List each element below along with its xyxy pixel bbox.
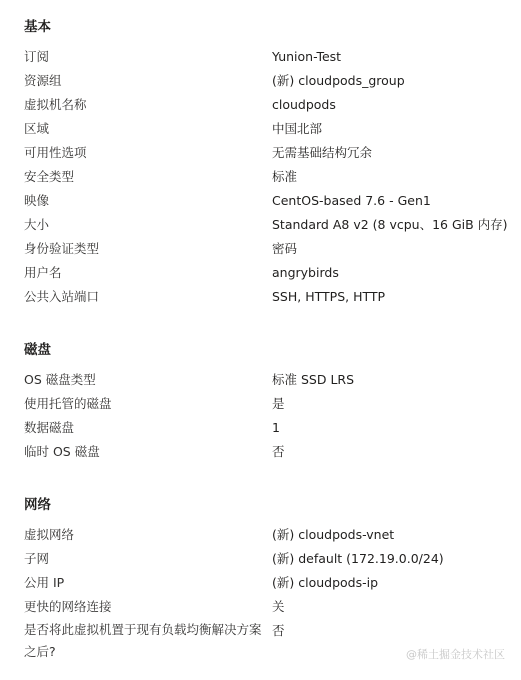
row-label: 用户名: [24, 261, 269, 285]
row-value: Yunion-Test: [272, 45, 512, 69]
row-value: angrybirds: [272, 261, 512, 285]
row-label: 子网: [24, 547, 269, 571]
row-value: 密码: [272, 237, 512, 261]
row-label: 大小: [24, 213, 269, 237]
row-label: 身份验证类型: [24, 237, 269, 261]
row-label: OS 磁盘类型: [24, 368, 269, 392]
row-label: 临时 OS 磁盘: [24, 440, 269, 464]
section-title-basics: 基本: [24, 18, 51, 36]
row-label: 公用 IP: [24, 571, 269, 595]
row-value: 中国北部: [272, 117, 512, 141]
row-label: 安全类型: [24, 165, 269, 189]
row-value: 关: [272, 595, 512, 619]
row-value: SSH, HTTPS, HTTP: [272, 285, 512, 309]
row-label: 使用托管的磁盘: [24, 392, 269, 416]
row-label: 映像: [24, 189, 269, 213]
row-value: (新) cloudpods-vnet: [272, 523, 512, 547]
row-value: (新) cloudpods-ip: [272, 571, 512, 595]
row-value: 1: [272, 416, 512, 440]
row-label: 资源组: [24, 69, 269, 93]
section-title-networking: 网络: [24, 496, 51, 514]
row-value: CentOS-based 7.6 - Gen1: [272, 189, 512, 213]
row-value: 是: [272, 392, 512, 416]
row-label: 公共入站端口: [24, 285, 269, 309]
row-label: 虚拟网络: [24, 523, 269, 547]
row-label: 虚拟机名称: [24, 93, 269, 117]
row-label: 更快的网络连接: [24, 595, 269, 619]
row-value: 标准: [272, 165, 512, 189]
row-label: 可用性选项: [24, 141, 269, 165]
row-value: 否: [272, 440, 512, 464]
row-value: 否: [272, 619, 512, 643]
row-value: (新) default (172.19.0.0/24): [272, 547, 512, 571]
watermark: @稀土掘金技术社区: [406, 646, 505, 662]
row-label: 订阅: [24, 45, 269, 69]
row-label: 是否将此虚拟机置于现有负载均衡解决方案之后?: [24, 619, 269, 663]
row-value: 标准 SSD LRS: [272, 368, 512, 392]
row-label: 区域: [24, 117, 269, 141]
row-value: (新) cloudpods_group: [272, 69, 512, 93]
row-label: 数据磁盘: [24, 416, 269, 440]
section-title-disks: 磁盘: [24, 341, 51, 359]
row-value: cloudpods: [272, 93, 512, 117]
row-value: Standard A8 v2 (8 vcpu、16 GiB 内存): [272, 213, 512, 237]
row-value: 无需基础结构冗余: [272, 141, 512, 165]
